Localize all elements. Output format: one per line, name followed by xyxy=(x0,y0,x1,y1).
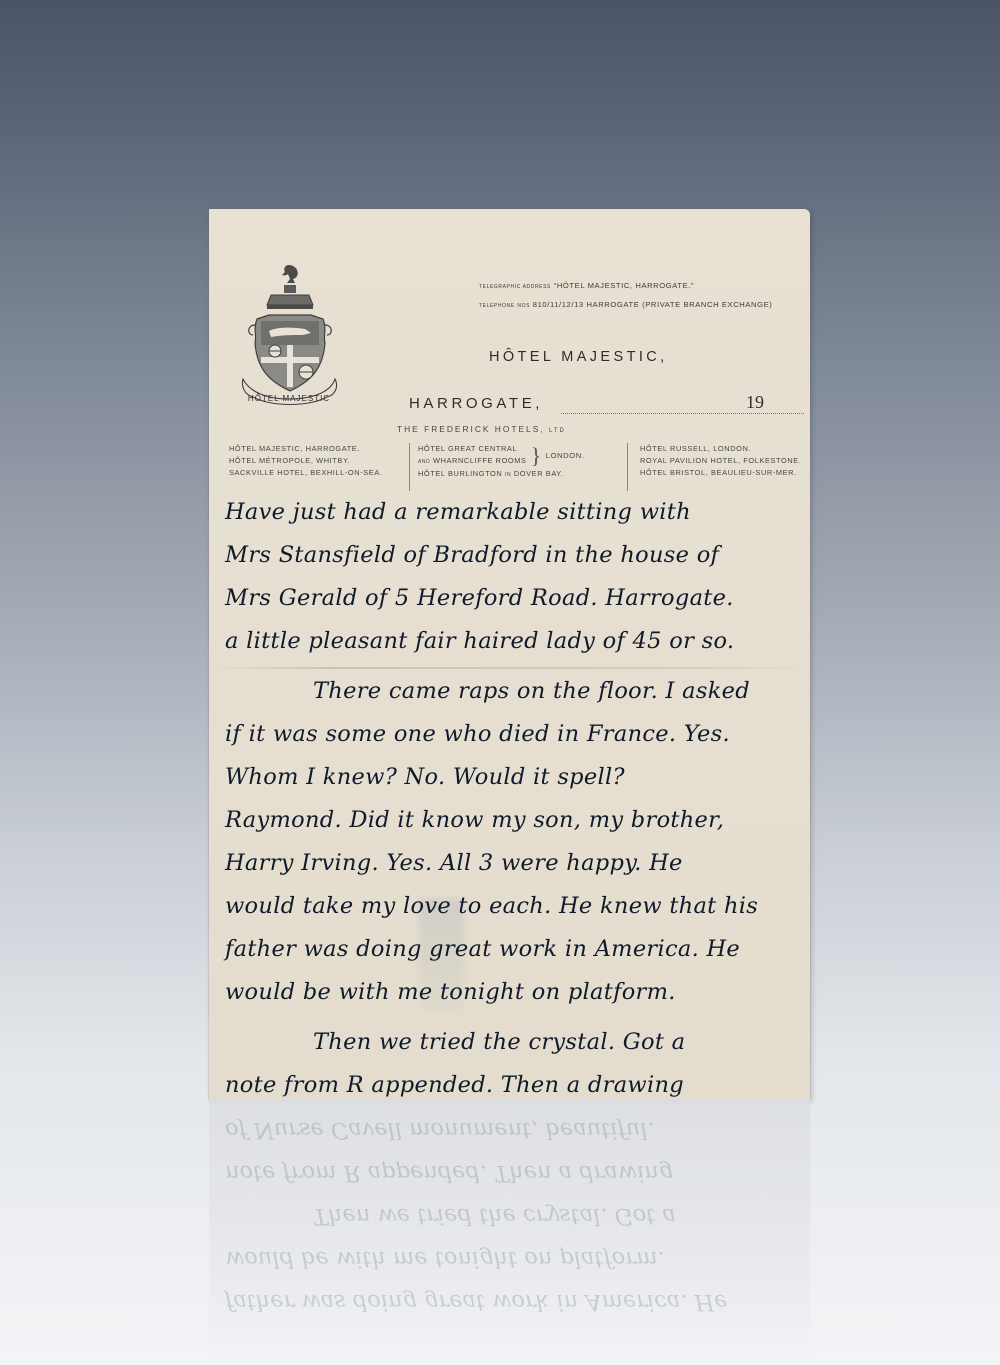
letter-line: a little pleasant fair haired lady of 45… xyxy=(225,620,800,663)
in-word: IN xyxy=(505,472,511,478)
hotel-item: AND WHARNCLIFFE ROOMS xyxy=(418,455,527,468)
reflected-text: father was doing great work in America. … xyxy=(225,1108,800,1323)
letter-sheet: HÔTEL MAJESTIC TELEGRAPHIC ADDRESS “HÔTE… xyxy=(209,209,810,1100)
reflected-line: Then we tried the crystal. Got a xyxy=(225,1194,800,1237)
letter-line: Mrs Stansfield of Bradford in the house … xyxy=(225,534,800,577)
company-name: THE FREDERICK HOTELS, LTD xyxy=(397,424,566,434)
hotel-place: DOVER BAY. xyxy=(514,469,564,478)
telephone-detail: HARROGATE (PRIVATE BRANCH EXCHANGE) xyxy=(586,300,772,309)
hotel-item: HÔTEL BURLINGTON IN DOVER BAY. xyxy=(418,468,618,481)
letter-line: Have just had a remarkable sitting with xyxy=(225,491,800,534)
brace-icon: } xyxy=(531,445,542,467)
crest-motto: HÔTEL MAJESTIC xyxy=(248,394,330,403)
letter-line: if it was some one who died in France. Y… xyxy=(225,713,800,756)
hotels-column-3: HÔTEL RUSSELL, LONDON. ROYAL PAVILION HO… xyxy=(627,443,810,491)
reflected-line: father was doing great work in America. … xyxy=(225,1280,800,1323)
hotels-column-2: HÔTEL GREAT CENTRAL AND WHARNCLIFFE ROOM… xyxy=(409,443,618,491)
company-name-text: THE FREDERICK HOTELS, xyxy=(397,424,545,434)
letter-line: There came raps on the floor. I asked xyxy=(225,670,800,713)
hotel-item: HÔTEL BRISTOL, BEAULIEU-SUR-MER. xyxy=(640,467,810,479)
hotel-name-heading: HÔTEL MAJESTIC, xyxy=(489,349,739,365)
company-suffix: LTD xyxy=(549,428,566,434)
letter-line: note from R appended. Then a drawing xyxy=(225,1064,800,1100)
hotel-item-text: WHARNCLIFFE ROOMS xyxy=(433,456,527,465)
hotels-list: HÔTEL MAJESTIC, HARROGATE. HÔTEL MÉTROPO… xyxy=(229,443,799,495)
letter-line: father was doing great work in America. … xyxy=(225,928,800,971)
hotels-column-1: HÔTEL MAJESTIC, HARROGATE. HÔTEL MÉTROPO… xyxy=(229,443,399,479)
and-word: AND xyxy=(418,459,430,465)
letter-line: Then we tried the crystal. Got a xyxy=(225,1021,800,1064)
letter-line: Harry Irving. Yes. All 3 were happy. He xyxy=(225,842,800,885)
telegraphic-value: “HÔTEL MAJESTIC, HARROGATE.” xyxy=(554,281,694,290)
telegraph-block: TELEGRAPHIC ADDRESS “HÔTEL MAJESTIC, HAR… xyxy=(479,277,809,315)
city-label: HARROGATE, xyxy=(409,395,543,412)
hotel-item: HÔTEL MÉTROPOLE, WHITBY. xyxy=(229,455,399,467)
reflected-line: would be with me tonight on platform. xyxy=(225,1237,800,1280)
london-hotels-group: HÔTEL GREAT CENTRAL AND WHARNCLIFFE ROOM… xyxy=(418,443,618,468)
hotel-item: SACKVILLE HOTEL, BEXHILL-ON-SEA. xyxy=(229,467,399,479)
letter-line: would be with me tonight on platform. xyxy=(225,971,800,1014)
hotel-item: HÔTEL RUSSELL, LONDON. xyxy=(640,443,810,455)
letter-reflection: father was doing great work in America. … xyxy=(209,1100,810,1365)
group-city: LONDON. xyxy=(546,450,585,462)
hotel-item-text: HÔTEL BURLINGTON xyxy=(418,469,502,478)
date-dotted-line xyxy=(561,413,804,414)
telephone-label: TELEPHONE xyxy=(479,303,515,309)
letter-line: Mrs Gerald of 5 Hereford Road. Harrogate… xyxy=(225,577,800,620)
telephone-number-prefix: NOS xyxy=(517,303,530,309)
telegraphic-address: TELEGRAPHIC ADDRESS “HÔTEL MAJESTIC, HAR… xyxy=(479,277,809,296)
hotel-item: ROYAL PAVILION HOTEL, FOLKESTONE. xyxy=(640,455,810,467)
letter-line: Whom I knew? No. Would it spell? xyxy=(225,756,800,799)
year-prefix: 19 xyxy=(746,392,764,413)
telephone-line: TELEPHONE NOS 810/11/12/13 HARROGATE (PR… xyxy=(479,296,809,315)
telegraphic-label: TELEGRAPHIC ADDRESS xyxy=(479,284,551,290)
hotel-item: HÔTEL MAJESTIC, HARROGATE. xyxy=(229,443,399,455)
letter-line: would take my love to each. He knew that… xyxy=(225,885,800,928)
handwritten-letter-body: Have just had a remarkable sitting with … xyxy=(225,491,800,1100)
letter-line: Raymond. Did it know my son, my brother, xyxy=(225,799,800,842)
reflected-line: of Nurse Cavell monument, beautiful. xyxy=(225,1108,800,1151)
coat-of-arms-icon: HÔTEL MAJESTIC xyxy=(231,259,346,419)
hotel-item: HÔTEL GREAT CENTRAL xyxy=(418,443,527,455)
telephone-numbers: 810/11/12/13 xyxy=(533,300,584,309)
reflected-line: note from R appended. Then a drawing xyxy=(225,1151,800,1194)
place-date-line: HARROGATE, 19 xyxy=(409,395,804,417)
